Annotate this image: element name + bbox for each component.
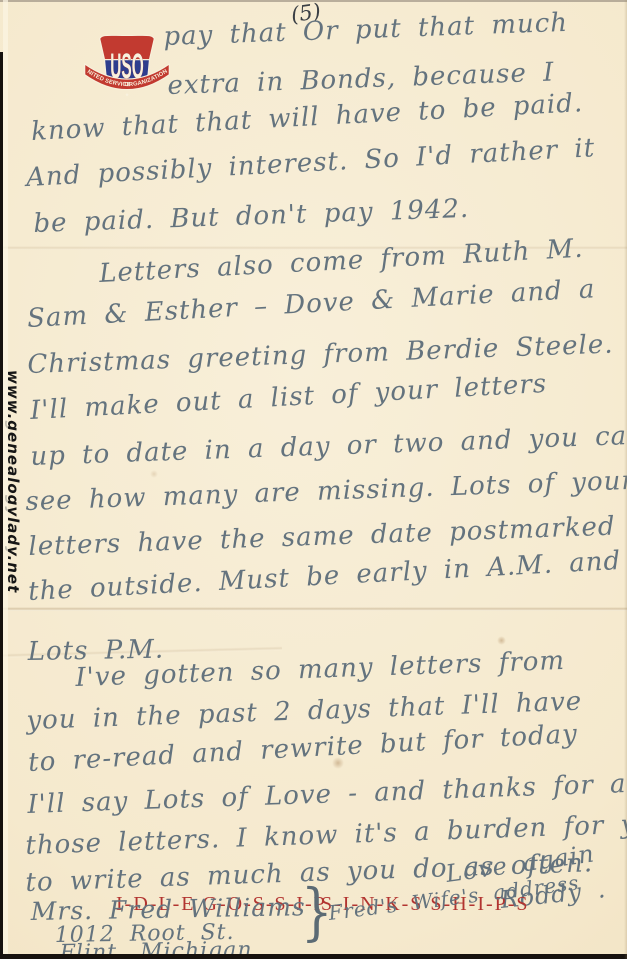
age-spot bbox=[150, 470, 158, 478]
letter-line: pay that Or put that much bbox=[163, 8, 569, 52]
age-spot bbox=[497, 636, 506, 645]
letter-line: be paid. But don't pay 1942. bbox=[33, 194, 470, 239]
letter-scan-page: USO UNITED SERVICE ORGANIZATIONS (5) pay… bbox=[0, 0, 627, 959]
fold-crease bbox=[0, 607, 627, 611]
letter-line: up to date in a day or two and you can bbox=[30, 421, 627, 472]
scan-edge-bottom bbox=[0, 954, 627, 959]
letter-line: I'll make out a list of your letters bbox=[29, 369, 547, 426]
scan-edge-top bbox=[0, 0, 627, 2]
letter-line: see how many are missing. Lots of your bbox=[25, 466, 627, 517]
scan-edge-left bbox=[0, 52, 3, 959]
uso-banner-diamond-icon bbox=[125, 93, 128, 96]
paper-edge-highlight bbox=[3, 0, 8, 959]
uso-logo: USO UNITED SERVICE ORGANIZATIONS bbox=[83, 32, 171, 112]
